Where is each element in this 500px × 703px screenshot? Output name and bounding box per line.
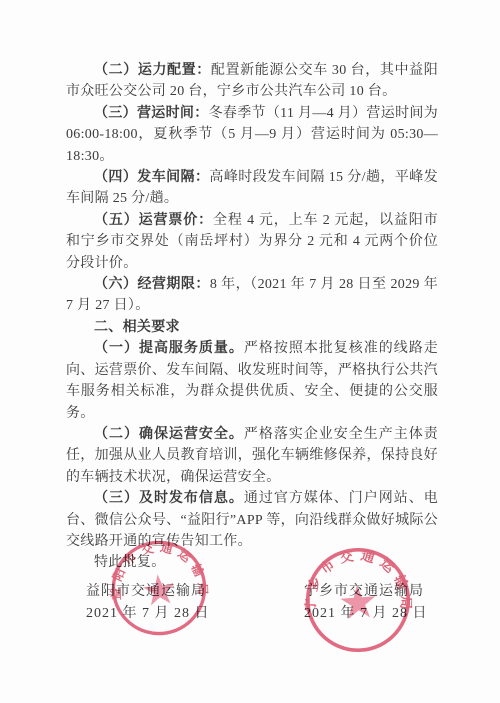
signature-org: 宁乡市交通运输局 bbox=[304, 581, 428, 603]
paragraph: （二）运力配置：配置新能源公交车 30 台，其中益阳市众旺公交公司 20 台，宁… bbox=[66, 60, 438, 103]
paragraph-label: （一）提高服务质量。 bbox=[94, 341, 244, 356]
section-heading-label: 二、相关要求 bbox=[94, 320, 180, 335]
paragraph: （三）及时发布信息。通过官方媒体、门户网站、电台、微信公众号、“益阳行”APP … bbox=[66, 488, 438, 552]
paragraph: （四）发车间隔：高峰时段发车间隔 15 分/趟，平峰发车间隔 25 分/趟。 bbox=[66, 167, 438, 210]
closing-text: 特此批复。 bbox=[94, 555, 166, 570]
paragraph: （五）运营票价：全程 4 元，上车 2 元起，以益阳市和宁乡市交界处（南岳坪村）… bbox=[66, 210, 438, 274]
signature-block-yiyang: 益阳市交通运输局 2021 年 7 月 28 日 bbox=[86, 581, 210, 624]
paragraph: （一）提高服务质量。严格按照本批复核准的线路走向、运营票价、发车间隔、收发班时间… bbox=[66, 338, 438, 424]
paragraph-label: （二）运力配置： bbox=[94, 63, 211, 78]
signature-block-ningxiang: 宁乡市交通运输局 2021 年 7 月 28 日 bbox=[304, 581, 428, 624]
signature-date: 2021 年 7 月 28 日 bbox=[86, 603, 210, 625]
paragraph-label: （四）发车间隔： bbox=[94, 170, 209, 185]
section-heading: 二、相关要求 bbox=[66, 317, 438, 338]
paragraph-label: （五）运营票价： bbox=[94, 213, 213, 228]
paragraph-label: （六）经营期限： bbox=[94, 277, 210, 292]
paragraph: （三）营运时间：冬春季节（11 月—4 月）营运时间为 06:00-18:00，… bbox=[66, 103, 438, 167]
signature-org: 益阳市交通运输局 bbox=[86, 581, 210, 603]
paragraph: （二）确保运营安全。严格落实企业安全生产主体责任，加强从业人员教育培训，强化车辆… bbox=[66, 424, 438, 488]
document-page: （二）运力配置：配置新能源公交车 30 台，其中益阳市众旺公交公司 20 台，宁… bbox=[0, 0, 500, 703]
signature-date: 2021 年 7 月 28 日 bbox=[304, 603, 428, 625]
paragraph-label: （三）及时发布信息。 bbox=[94, 491, 244, 506]
paragraph-label: （二）确保运营安全。 bbox=[94, 427, 244, 442]
closing-line: 特此批复。 bbox=[66, 552, 438, 573]
document-body: （二）运力配置：配置新能源公交车 30 台，其中益阳市众旺公交公司 20 台，宁… bbox=[66, 60, 438, 574]
paragraph-label: （三）营运时间： bbox=[94, 106, 209, 121]
paragraph: （六）经营期限：8 年，（2021 年 7 月 28 日至 2029 年 7 月… bbox=[66, 274, 438, 317]
